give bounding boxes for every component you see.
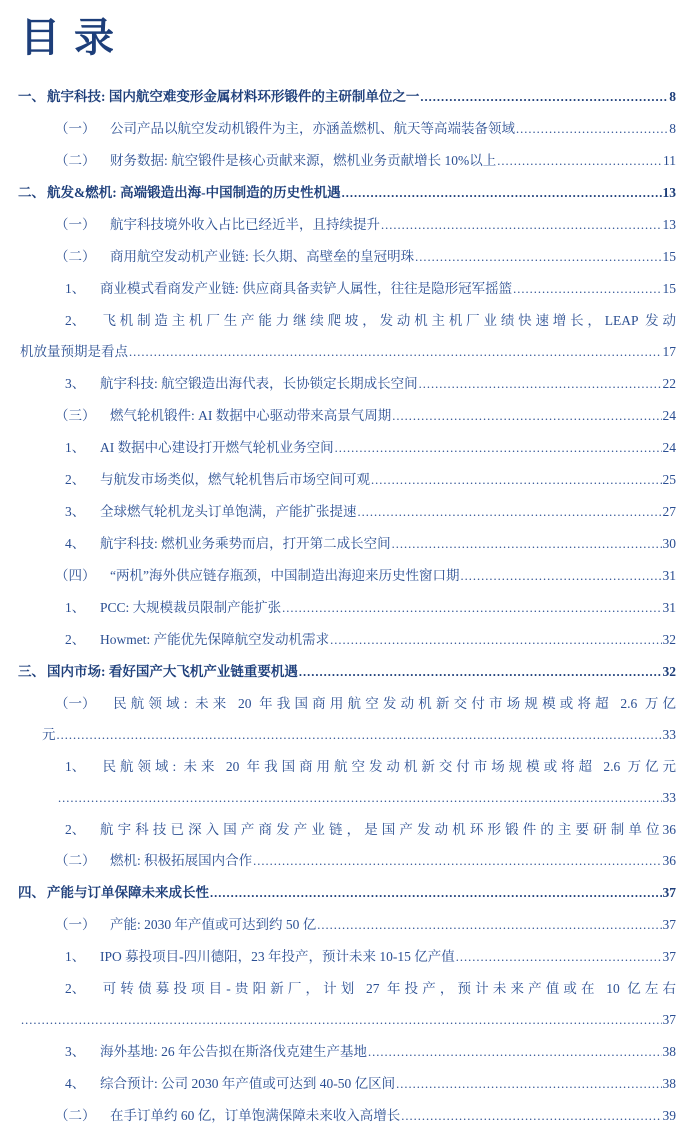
toc-entry-title-continued: 机放量预期是看点 [20, 341, 128, 362]
toc-page-number: 13 [663, 182, 677, 203]
toc-entry-number: （一） [55, 914, 110, 935]
toc-page-number: 38 [663, 1073, 677, 1094]
dot-leader: ........................................… [381, 215, 662, 236]
toc-entry[interactable]: 1、商业模式看商发产业链: 供应商具备卖铲人属性，往往是隐形冠军摇篮......… [0, 278, 676, 300]
dot-leader: ........................................… [456, 947, 662, 968]
toc-page-number: 8 [669, 118, 676, 139]
toc-entry[interactable]: （一） 民航领域: 未来 20 年我国商用航空发动机新交付市场规模或将超 2.6… [0, 693, 676, 746]
toc-entry[interactable]: 2、与航发市场类似，燃气轮机售后市场空间可观..................… [0, 469, 676, 491]
toc-entry-number: （二） [55, 246, 110, 267]
toc-entry-title: 海外基地: 26 年公告拟在斯洛伐克建生产基地 [100, 1041, 367, 1062]
toc-page-number: 38 [663, 1041, 677, 1062]
toc-entry-first-line: 2、 可转债募投项目-贵阳新厂，计划 27 年投产，预计未来产值或在 10 亿左… [0, 978, 676, 999]
dot-leader: ........................................… [21, 1010, 662, 1031]
toc-entry-number: 1、 [65, 278, 100, 299]
toc-entry-number: 一、 [18, 86, 47, 107]
toc-entry[interactable]: 一、航宇科技: 国内航空难变形金属材料环形锻件的主研制单位之一.........… [0, 86, 676, 108]
dot-leader: ........................................… [401, 1106, 661, 1126]
toc-entry-number: 4、 [65, 533, 100, 554]
dot-leader: ........................................… [392, 406, 661, 427]
toc-page-number: 13 [663, 214, 677, 235]
toc-entry[interactable]: 4、航宇科技: 燃机业务乘势而启，打开第二成长空间...............… [0, 533, 676, 555]
toc-entry-title: 商用航空发动机产业链: 长久期、高壁垒的皇冠明珠 [110, 246, 414, 267]
toc-entry-title: IPO 募投项目-四川德阳，23 年投产，预计未来 10-15 亿产值 [100, 946, 455, 967]
toc-page-number: 32 [663, 629, 677, 650]
toc-entry-number: 1、 [65, 597, 100, 618]
toc-page-number: 11 [663, 150, 676, 171]
toc-page-number: 36 [663, 850, 677, 871]
toc-entry-title: Howmet: 产能优先保障航空发动机需求 [100, 629, 329, 650]
toc-page-number: 36 [663, 819, 677, 840]
dot-leader: ........................................… [460, 566, 661, 587]
toc-entry-number: 4、 [65, 1073, 100, 1094]
toc-entry[interactable]: （二）燃机: 积极拓展国内合作.........................… [0, 850, 676, 872]
toc-entry[interactable]: （四）“两机”海外供应链存瓶颈，中国制造出海迎来历史性窗口期..........… [0, 565, 676, 587]
toc-entry-title: 燃机: 积极拓展国内合作 [110, 850, 252, 871]
toc-entry-title: 产能与订单保障未来成长性 [47, 882, 209, 903]
dot-leader: ........................................… [419, 374, 662, 395]
toc-page-number: 37 [663, 914, 677, 935]
toc-page-number: 32 [663, 661, 677, 682]
toc-page: 目 录 一、航宇科技: 国内航空难变形金属材料环形锻件的主研制单位之一.....… [0, 0, 684, 1126]
toc-entry[interactable]: 1、PCC: 大规模裁员限制产能扩张......................… [0, 597, 676, 619]
toc-entry-number: 1、 [65, 437, 100, 458]
toc-entry-first-line: 2、 飞机制造主机厂生产能力继续爬坡，发动机主机厂业绩快速增长，LEAP 发动 [0, 310, 676, 331]
toc-entry-number: 二、 [18, 182, 47, 203]
toc-entry-title: 飞机制造主机厂生产能力继续爬坡，发动机主机厂业绩快速增长，LEAP 发动 [102, 313, 676, 328]
toc-entry[interactable]: 二、航发&燃机: 高端锻造出海-中国制造的历史性机遇..............… [0, 182, 676, 204]
page-title: 目 录 [0, 14, 676, 62]
toc-page-number: 15 [663, 278, 677, 299]
toc-entry-first-line: 1、 民航领域: 未来 20 年我国商用航空发动机新交付市场规模或将超 2.6 … [0, 756, 676, 777]
dot-leader: ........................................… [513, 279, 661, 300]
toc-page-number: 33 [663, 787, 677, 808]
toc-entry[interactable]: 2、航宇科技已深入国产商发产业链，是国产发动机环形锻件的主要研制单位36 [0, 819, 676, 840]
toc-entry-number: 1、 [65, 946, 100, 967]
toc-entry[interactable]: （二）商用航空发动机产业链: 长久期、高壁垒的皇冠明珠.............… [0, 246, 676, 268]
toc-entry-number: （一） [55, 693, 96, 714]
toc-entry-title: 产能: 2030 年产值或可达到约 50 亿 [110, 914, 316, 935]
dot-leader: ........................................… [330, 630, 661, 651]
toc-entry-title: 航宇科技已深入国产商发产业链，是国产发动机环形锻件的主要研制单位 [100, 819, 660, 840]
dot-leader: ........................................… [335, 438, 662, 459]
toc-entry-title: 航宇科技境外收入占比已经近半，且持续提升 [110, 214, 380, 235]
dot-leader: ........................................… [58, 788, 662, 809]
toc-entry[interactable]: （二）在手订单约 60 亿，订单饱满保障未来收入高增长.............… [0, 1105, 676, 1126]
toc-entry-number: 3、 [65, 373, 100, 394]
dot-leader: ........................................… [497, 151, 662, 172]
toc-entry-first-line: （一） 民航领域: 未来 20 年我国商用航空发动机新交付市场规模或将超 2.6… [0, 693, 676, 714]
dot-leader: ........................................… [342, 183, 662, 204]
toc-entry-continuation-line: 机放量预期是看点................................… [20, 341, 676, 363]
toc-entry-number: 3、 [65, 501, 100, 522]
table-of-contents: 一、航宇科技: 国内航空难变形金属材料环形锻件的主研制单位之一.........… [0, 86, 676, 1126]
toc-entry[interactable]: （一）公司产品以航空发动机锻件为主，亦涵盖燃机、航天等高端装备领域.......… [0, 118, 676, 140]
toc-entry-continuation-line: ........................................… [57, 787, 676, 809]
toc-entry-title: 航宇科技: 燃机业务乘势而启，打开第二成长空间 [100, 533, 391, 554]
toc-entry-title: “两机”海外供应链存瓶颈，中国制造出海迎来历史性窗口期 [110, 565, 459, 586]
toc-page-number: 30 [663, 533, 677, 554]
toc-entry-number: 2、 [65, 629, 100, 650]
toc-entry-number: 2、 [65, 469, 100, 490]
toc-entry-title: AI 数据中心建设打开燃气轮机业务空间 [100, 437, 334, 458]
toc-entry-number: （四） [55, 565, 110, 586]
toc-entry-title: 财务数据: 航空锻件是核心贡献来源，燃机业务贡献增长 10%以上 [110, 150, 496, 171]
toc-page-number: 22 [663, 373, 677, 394]
toc-entry-title: 燃气轮机锻件: AI 数据中心驱动带来高景气周期 [110, 405, 391, 426]
toc-entry[interactable]: 2、 飞机制造主机厂生产能力继续爬坡，发动机主机厂业绩快速增长，LEAP 发动机… [0, 310, 676, 363]
dot-leader: ........................................… [368, 1042, 661, 1063]
toc-page-number: 37 [663, 882, 677, 903]
toc-page-number: 37 [663, 946, 677, 967]
dot-leader: ........................................… [516, 119, 668, 140]
toc-page-number: 27 [663, 501, 677, 522]
dot-leader: ........................................… [420, 87, 668, 108]
toc-entry-number: （二） [55, 150, 110, 171]
toc-entry-number: （二） [55, 850, 110, 871]
toc-entry-title: 民航领域: 未来 20 年我国商用航空发动机新交付市场规模或将超 2.6 万亿元 [103, 759, 676, 774]
dot-leader: ........................................… [57, 725, 662, 746]
toc-entry-title: 公司产品以航空发动机锻件为主，亦涵盖燃机、航天等高端装备领域 [110, 118, 515, 139]
dot-leader: ........................................… [299, 662, 662, 683]
toc-page-number: 15 [663, 246, 677, 267]
toc-page-number: 25 [663, 469, 677, 490]
toc-entry-title: 国内市场: 看好国产大飞机产业链重要机遇 [47, 661, 298, 682]
toc-entry[interactable]: 3、全球燃气轮机龙头订单饱满，产能扩张提速...................… [0, 501, 676, 523]
toc-page-number: 31 [663, 597, 677, 618]
toc-entry-number: 2、 [65, 310, 85, 331]
toc-page-number: 37 [663, 1009, 677, 1030]
toc-entry-title: 可转债募投项目-贵阳新厂，计划 27 年投产，预计未来产值或在 10 亿左右 [103, 981, 676, 996]
toc-page-number: 24 [663, 405, 677, 426]
dot-leader: ........................................… [371, 470, 662, 491]
toc-entry-number: 1、 [65, 756, 85, 777]
dot-leader: ........................................… [415, 247, 661, 268]
toc-page-number: 17 [663, 341, 677, 362]
toc-entry-number: 2、 [65, 819, 100, 840]
dot-leader: ........................................… [129, 342, 662, 363]
toc-entry-number: 2、 [65, 978, 85, 999]
toc-entry[interactable]: （一）航宇科技境外收入占比已经近半，且持续提升.................… [0, 214, 676, 236]
toc-entry[interactable]: 4、综合预计: 公司 2030 年产值或可达到 40-50 亿区间.......… [0, 1073, 676, 1095]
toc-entry-title: 商业模式看商发产业链: 供应商具备卖铲人属性，往往是隐形冠军摇篮 [100, 278, 512, 299]
toc-entry[interactable]: （二）财务数据: 航空锻件是核心贡献来源，燃机业务贡献增长 10%以上.....… [0, 150, 676, 172]
toc-entry-title: PCC: 大规模裁员限制产能扩张 [100, 597, 281, 618]
toc-page-number: 31 [663, 565, 677, 586]
toc-entry-title: 民航领域: 未来 20 年我国商用航空发动机新交付市场规模或将超 2.6 万亿 [113, 696, 676, 711]
dot-leader: ........................................… [396, 1074, 661, 1095]
toc-entry-title: 航宇科技: 国内航空难变形金属材料环形锻件的主研制单位之一 [47, 86, 419, 107]
toc-entry-number: （一） [55, 118, 110, 139]
dot-leader: ........................................… [210, 883, 662, 904]
toc-entry-number: （二） [55, 1105, 110, 1126]
toc-entry-title: 综合预计: 公司 2030 年产值或可达到 40-50 亿区间 [100, 1073, 395, 1094]
toc-entry-number: 3、 [65, 1041, 100, 1062]
dot-leader: ........................................… [317, 915, 661, 936]
toc-entry[interactable]: （一）产能: 2030 年产值或可达到约 50 亿...............… [0, 914, 676, 936]
toc-page-number: 33 [663, 724, 677, 745]
dot-leader: ........................................… [253, 851, 661, 872]
toc-entry-title: 全球燃气轮机龙头订单饱满，产能扩张提速 [100, 501, 357, 522]
toc-page-number: 39 [663, 1105, 677, 1126]
toc-entry[interactable]: 三、国内市场: 看好国产大飞机产业链重要机遇..................… [0, 661, 676, 683]
toc-entry-number: （三） [55, 405, 110, 426]
toc-entry-title: 与航发市场类似，燃气轮机售后市场空间可观 [100, 469, 370, 490]
toc-entry[interactable]: 1、AI 数据中心建设打开燃气轮机业务空间...................… [0, 437, 676, 459]
toc-page-number: 8 [669, 86, 676, 107]
toc-entry-number: 四、 [18, 882, 47, 903]
toc-entry[interactable]: 3、航宇科技: 航空锻造出海代表，长协锁定长期成长空间.............… [0, 373, 676, 395]
dot-leader: ........................................… [358, 502, 662, 523]
toc-entry-title: 在手订单约 60 亿，订单饱满保障未来收入高增长 [110, 1105, 400, 1126]
toc-page-number: 24 [663, 437, 677, 458]
dot-leader: ........................................… [282, 598, 661, 619]
toc-entry-title: 航发&燃机: 高端锻造出海-中国制造的历史性机遇 [47, 182, 341, 203]
toc-entry[interactable]: 2、Howmet: 产能优先保障航空发动机需求.................… [0, 629, 676, 651]
toc-entry[interactable]: （三）燃气轮机锻件: AI 数据中心驱动带来高景气周期.............… [0, 405, 676, 427]
toc-entry[interactable]: 1、 民航领域: 未来 20 年我国商用航空发动机新交付市场规模或将超 2.6 … [0, 756, 676, 809]
toc-entry[interactable]: 3、海外基地: 26 年公告拟在斯洛伐克建生产基地...............… [0, 1041, 676, 1063]
toc-entry[interactable]: 2、 可转债募投项目-贵阳新厂，计划 27 年投产，预计未来产值或在 10 亿左… [0, 978, 676, 1031]
toc-entry-number: 三、 [18, 661, 47, 682]
toc-entry[interactable]: 1、IPO 募投项目-四川德阳，23 年投产，预计未来 10-15 亿产值...… [0, 946, 676, 968]
toc-entry-title-continued: 元 [42, 724, 56, 745]
toc-entry-continuation-line: ........................................… [20, 1009, 676, 1031]
toc-entry-number: （一） [55, 214, 110, 235]
toc-entry-title: 航宇科技: 航空锻造出海代表，长协锁定长期成长空间 [100, 373, 418, 394]
toc-entry-continuation-line: 元.......................................… [42, 724, 676, 746]
toc-entry[interactable]: 四、产能与订单保障未来成长性..........................… [0, 882, 676, 904]
dot-leader: ........................................… [392, 534, 662, 555]
